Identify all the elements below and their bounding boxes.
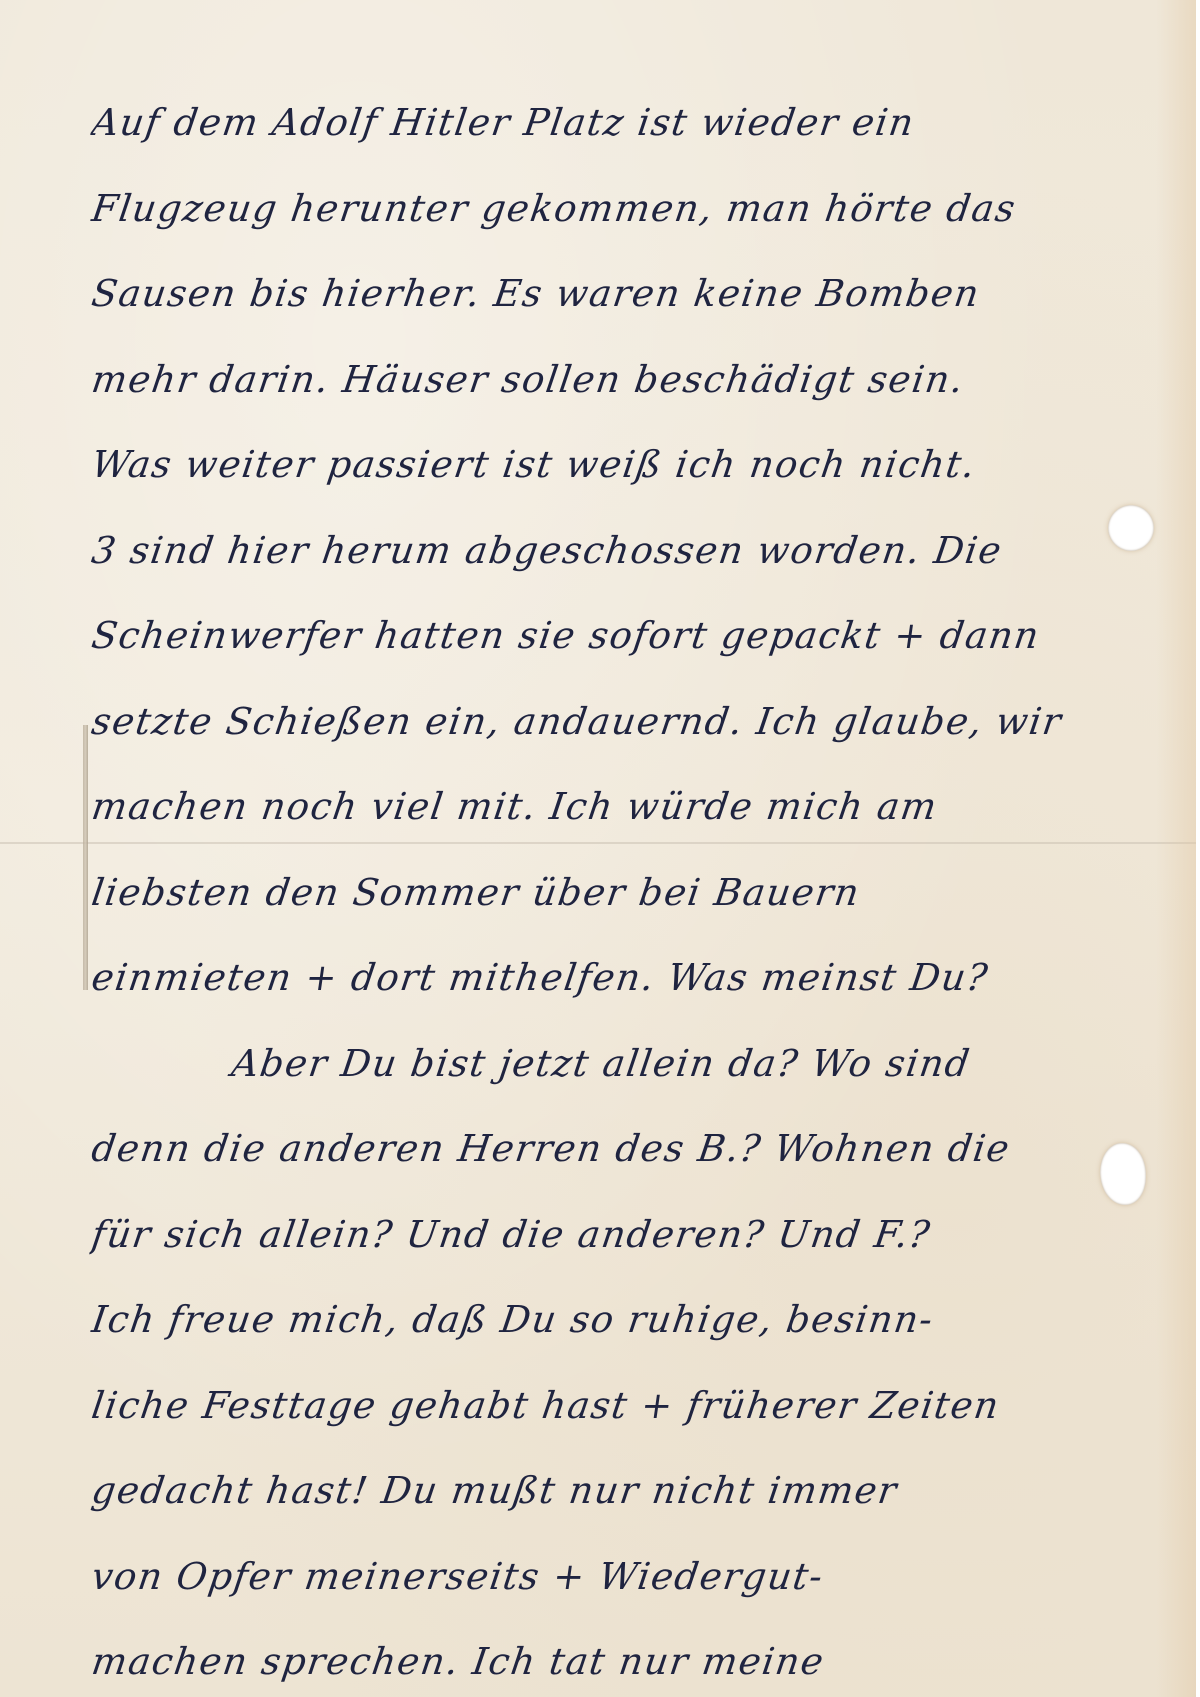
text-line: gedacht hast! Du mußt nur nicht immer bbox=[86, 1448, 1188, 1534]
text-line: Scheinwerfer hatten sie sofort gepackt +… bbox=[86, 593, 1188, 679]
text-line: liche Festtage gehabt hast + früherer Ze… bbox=[86, 1363, 1188, 1449]
text-line-paragraph-start: Aber Du bist jetzt allein da? Wo sind bbox=[86, 1021, 1188, 1107]
text-line: Was weiter passiert ist weiß ich noch ni… bbox=[86, 422, 1188, 508]
text-line: machen noch viel mit. Ich würde mich am bbox=[86, 764, 1188, 850]
text-line: Ich freue mich, daß Du so ruhige, besinn… bbox=[86, 1277, 1188, 1363]
text-line: von Opfer meinerseits + Wiedergut- bbox=[86, 1534, 1188, 1620]
text-line: einmieten + dort mithelfen. Was meinst D… bbox=[86, 935, 1188, 1021]
letter-page: Auf dem Adolf Hitler Platz ist wieder ei… bbox=[0, 0, 1196, 1697]
text-line: Flugzeug herunter gekommen, man hörte da… bbox=[86, 166, 1188, 252]
text-line: für sich allein? Und die anderen? Und F.… bbox=[86, 1192, 1188, 1278]
paper-fold-mark bbox=[83, 725, 88, 990]
text-line: denn die anderen Herren des B.? Wohnen d… bbox=[86, 1106, 1188, 1192]
text-line: Sausen bis hierher. Es waren keine Bombe… bbox=[86, 251, 1188, 337]
text-line: Auf dem Adolf Hitler Platz ist wieder ei… bbox=[86, 80, 1188, 166]
text-line: setzte Schießen ein, andauernd. Ich glau… bbox=[86, 679, 1188, 765]
text-line: machen sprechen. Ich tat nur meine bbox=[86, 1619, 1188, 1697]
text-line: mehr darin. Häuser sollen beschädigt sei… bbox=[86, 337, 1188, 423]
text-line: 3 sind hier herum abgeschossen worden. D… bbox=[86, 508, 1188, 594]
handwritten-text: Auf dem Adolf Hitler Platz ist wieder ei… bbox=[92, 80, 1182, 1697]
text-line: liebsten den Sommer über bei Bauern bbox=[86, 850, 1188, 936]
